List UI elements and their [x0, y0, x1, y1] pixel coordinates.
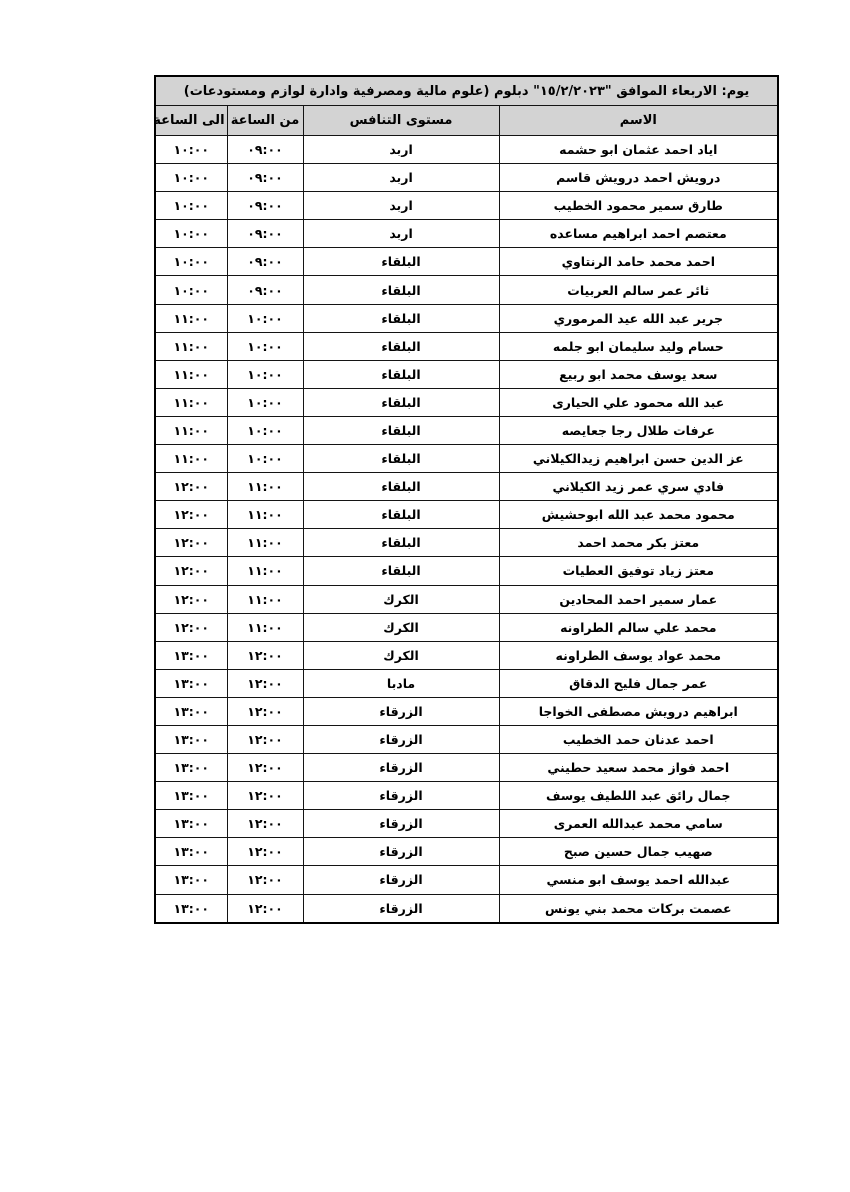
cell-to-hour: ١٣:٠٠ [155, 894, 227, 923]
cell-name: احمد عدنان حمد الخطيب [499, 725, 778, 753]
cell-to-hour: ١١:٠٠ [155, 388, 227, 416]
cell-from-hour: ١١:٠٠ [227, 501, 303, 529]
cell-from-hour: ١١:٠٠ [227, 473, 303, 501]
cell-name: احمد محمد حامد الرنتاوي [499, 248, 778, 276]
column-header-name: الاسم [499, 106, 778, 136]
table-row: طارق سمير محمود الخطيباربد٠٩:٠٠١٠:٠٠ [155, 192, 778, 220]
cell-name: احمد فواز محمد سعيد حطيني [499, 754, 778, 782]
cell-to-hour: ١٠:٠٠ [155, 248, 227, 276]
cell-from-hour: ١٢:٠٠ [227, 754, 303, 782]
cell-level: الزرقاء [303, 725, 499, 753]
cell-from-hour: ١٢:٠٠ [227, 810, 303, 838]
table-row: احمد محمد حامد الرنتاويالبلقاء٠٩:٠٠١٠:٠٠ [155, 248, 778, 276]
cell-level: البلقاء [303, 557, 499, 585]
cell-name: عبد الله محمود علي الحيارى [499, 388, 778, 416]
cell-level: اربد [303, 220, 499, 248]
cell-to-hour: ١٣:٠٠ [155, 754, 227, 782]
document-page: يوم: الاربعاء الموافق "١٥/٢/٢٠٢٣" دبلوم … [0, 0, 850, 1192]
table-body: اياد احمد عثمان ابو حشمهاربد٠٩:٠٠١٠:٠٠در… [155, 136, 778, 923]
cell-to-hour: ١٣:٠٠ [155, 810, 227, 838]
cell-level: الزرقاء [303, 894, 499, 923]
cell-to-hour: ١٠:٠٠ [155, 220, 227, 248]
cell-level: الزرقاء [303, 754, 499, 782]
cell-name: جرير عبد الله عيد المرموري [499, 304, 778, 332]
cell-level: الزرقاء [303, 838, 499, 866]
cell-from-hour: ١٠:٠٠ [227, 332, 303, 360]
table-row: درويش احمد درويش قاسماربد٠٩:٠٠١٠:٠٠ [155, 164, 778, 192]
exam-schedule-table: يوم: الاربعاء الموافق "١٥/٢/٢٠٢٣" دبلوم … [154, 75, 779, 924]
cell-name: حسام وليد سليمان ابو جلمه [499, 332, 778, 360]
table-row: عز الدين حسن ابراهيم زيدالكيلانيالبلقاء١… [155, 445, 778, 473]
cell-name: سعد يوسف محمد ابو ربيع [499, 360, 778, 388]
cell-from-hour: ١١:٠٠ [227, 613, 303, 641]
table-row: محمود محمد عبد الله ابوحشيشالبلقاء١١:٠٠١… [155, 501, 778, 529]
cell-level: الزرقاء [303, 810, 499, 838]
column-header-level: مستوى التنافس [303, 106, 499, 136]
cell-from-hour: ٠٩:٠٠ [227, 248, 303, 276]
cell-to-hour: ١٠:٠٠ [155, 192, 227, 220]
cell-name: معتصم احمد ابراهيم مساعده [499, 220, 778, 248]
cell-level: البلقاء [303, 501, 499, 529]
cell-from-hour: ١٠:٠٠ [227, 416, 303, 444]
table-row: عرفات طلال رجا جعايصهالبلقاء١٠:٠٠١١:٠٠ [155, 416, 778, 444]
table-row: عمر جمال فليح الدقاقمادبا١٢:٠٠١٣:٠٠ [155, 669, 778, 697]
cell-from-hour: ١٢:٠٠ [227, 669, 303, 697]
cell-name: طارق سمير محمود الخطيب [499, 192, 778, 220]
cell-to-hour: ١٢:٠٠ [155, 557, 227, 585]
cell-level: البلقاء [303, 445, 499, 473]
table-row: عصمت بركات محمد بني يونسالزرقاء١٢:٠٠١٣:٠… [155, 894, 778, 923]
cell-from-hour: ١٠:٠٠ [227, 388, 303, 416]
column-header-from-hour: من الساعة [227, 106, 303, 136]
cell-name: محمود محمد عبد الله ابوحشيش [499, 501, 778, 529]
cell-to-hour: ١٠:٠٠ [155, 164, 227, 192]
cell-from-hour: ٠٩:٠٠ [227, 276, 303, 304]
table-row: حسام وليد سليمان ابو جلمهالبلقاء١٠:٠٠١١:… [155, 332, 778, 360]
cell-level: البلقاء [303, 473, 499, 501]
table-row: معتصم احمد ابراهيم مساعدهاربد٠٩:٠٠١٠:٠٠ [155, 220, 778, 248]
cell-level: البلقاء [303, 388, 499, 416]
cell-to-hour: ١٣:٠٠ [155, 669, 227, 697]
cell-to-hour: ١٣:٠٠ [155, 782, 227, 810]
table-row: سعد يوسف محمد ابو ربيعالبلقاء١٠:٠٠١١:٠٠ [155, 360, 778, 388]
cell-from-hour: ١٢:٠٠ [227, 894, 303, 923]
table-row: احمد عدنان حمد الخطيبالزرقاء١٢:٠٠١٣:٠٠ [155, 725, 778, 753]
table-title: يوم: الاربعاء الموافق "١٥/٢/٢٠٢٣" دبلوم … [155, 76, 778, 106]
cell-level: الكرك [303, 585, 499, 613]
cell-name: محمد عواد يوسف الطراونه [499, 641, 778, 669]
cell-from-hour: ١٠:٠٠ [227, 445, 303, 473]
cell-name: عرفات طلال رجا جعايصه [499, 416, 778, 444]
cell-name: جمال رائق عبد اللطيف يوسف [499, 782, 778, 810]
cell-level: الزرقاء [303, 866, 499, 894]
table-row: جمال رائق عبد اللطيف يوسفالزرقاء١٢:٠٠١٣:… [155, 782, 778, 810]
cell-to-hour: ١٢:٠٠ [155, 613, 227, 641]
cell-from-hour: ١٢:٠٠ [227, 782, 303, 810]
cell-level: البلقاء [303, 304, 499, 332]
cell-from-hour: ٠٩:٠٠ [227, 220, 303, 248]
cell-level: الكرك [303, 641, 499, 669]
cell-name: معتز زياد توفيق العطيات [499, 557, 778, 585]
table-row: عمار سمير احمد المحادينالكرك١١:٠٠١٢:٠٠ [155, 585, 778, 613]
cell-level: البلقاء [303, 276, 499, 304]
column-header-row: الاسممستوى التنافسمن الساعةالى الساعة [155, 106, 778, 136]
cell-name: عز الدين حسن ابراهيم زيدالكيلاني [499, 445, 778, 473]
table-row: ابراهيم درويش مصطفى الخواجاالزرقاء١٢:٠٠١… [155, 697, 778, 725]
title-row: يوم: الاربعاء الموافق "١٥/٢/٢٠٢٣" دبلوم … [155, 76, 778, 106]
cell-from-hour: ١١:٠٠ [227, 557, 303, 585]
cell-level: الزرقاء [303, 697, 499, 725]
cell-name: عبدالله احمد يوسف ابو منسي [499, 866, 778, 894]
cell-level: البلقاء [303, 332, 499, 360]
cell-from-hour: ١٢:٠٠ [227, 838, 303, 866]
cell-level: البلقاء [303, 360, 499, 388]
cell-name: عصمت بركات محمد بني يونس [499, 894, 778, 923]
table-row: معتز بكر محمد احمدالبلقاء١١:٠٠١٢:٠٠ [155, 529, 778, 557]
cell-name: درويش احمد درويش قاسم [499, 164, 778, 192]
cell-name: معتز بكر محمد احمد [499, 529, 778, 557]
table-row: محمد عواد يوسف الطراونهالكرك١٢:٠٠١٣:٠٠ [155, 641, 778, 669]
cell-to-hour: ١٢:٠٠ [155, 473, 227, 501]
cell-level: البلقاء [303, 248, 499, 276]
cell-to-hour: ١٣:٠٠ [155, 725, 227, 753]
table-row: سامي محمد عبدالله العمرىالزرقاء١٢:٠٠١٣:٠… [155, 810, 778, 838]
cell-name: ثائر عمر سالم العربيات [499, 276, 778, 304]
cell-level: اربد [303, 136, 499, 164]
table-row: صهيب جمال حسين صبحالزرقاء١٢:٠٠١٣:٠٠ [155, 838, 778, 866]
cell-from-hour: ١٢:٠٠ [227, 725, 303, 753]
cell-from-hour: ١٢:٠٠ [227, 866, 303, 894]
cell-level: الزرقاء [303, 782, 499, 810]
table-row: عبدالله احمد يوسف ابو منسيالزرقاء١٢:٠٠١٣… [155, 866, 778, 894]
cell-from-hour: ١٢:٠٠ [227, 641, 303, 669]
cell-to-hour: ١٣:٠٠ [155, 697, 227, 725]
cell-level: البلقاء [303, 529, 499, 557]
cell-from-hour: ٠٩:٠٠ [227, 192, 303, 220]
cell-to-hour: ١٠:٠٠ [155, 136, 227, 164]
cell-from-hour: ١١:٠٠ [227, 585, 303, 613]
cell-level: اربد [303, 164, 499, 192]
cell-to-hour: ١١:٠٠ [155, 332, 227, 360]
cell-to-hour: ١٢:٠٠ [155, 501, 227, 529]
cell-name: عمر جمال فليح الدقاق [499, 669, 778, 697]
cell-to-hour: ١١:٠٠ [155, 360, 227, 388]
cell-name: اياد احمد عثمان ابو حشمه [499, 136, 778, 164]
cell-to-hour: ١٢:٠٠ [155, 585, 227, 613]
cell-from-hour: ١٠:٠٠ [227, 304, 303, 332]
cell-from-hour: ٠٩:٠٠ [227, 164, 303, 192]
cell-name: صهيب جمال حسين صبح [499, 838, 778, 866]
table-row: جرير عبد الله عيد المرموريالبلقاء١٠:٠٠١١… [155, 304, 778, 332]
cell-from-hour: ١٢:٠٠ [227, 697, 303, 725]
table-row: اياد احمد عثمان ابو حشمهاربد٠٩:٠٠١٠:٠٠ [155, 136, 778, 164]
cell-level: البلقاء [303, 416, 499, 444]
cell-to-hour: ١٣:٠٠ [155, 641, 227, 669]
cell-name: محمد علي سالم الطراونه [499, 613, 778, 641]
cell-to-hour: ١٢:٠٠ [155, 529, 227, 557]
table-row: عبد الله محمود علي الحيارىالبلقاء١٠:٠٠١١… [155, 388, 778, 416]
cell-name: عمار سمير احمد المحادين [499, 585, 778, 613]
cell-name: ابراهيم درويش مصطفى الخواجا [499, 697, 778, 725]
cell-to-hour: ١٠:٠٠ [155, 276, 227, 304]
table-row: احمد فواز محمد سعيد حطينيالزرقاء١٢:٠٠١٣:… [155, 754, 778, 782]
table-row: فادي سري عمر زيد الكيلانيالبلقاء١١:٠٠١٢:… [155, 473, 778, 501]
table-row: ثائر عمر سالم العربياتالبلقاء٠٩:٠٠١٠:٠٠ [155, 276, 778, 304]
table-row: معتز زياد توفيق العطياتالبلقاء١١:٠٠١٢:٠٠ [155, 557, 778, 585]
cell-to-hour: ١١:٠٠ [155, 416, 227, 444]
cell-level: الكرك [303, 613, 499, 641]
cell-level: اربد [303, 192, 499, 220]
cell-name: فادي سري عمر زيد الكيلاني [499, 473, 778, 501]
cell-from-hour: ١٠:٠٠ [227, 360, 303, 388]
cell-from-hour: ١١:٠٠ [227, 529, 303, 557]
column-header-to-hour: الى الساعة [155, 106, 227, 136]
cell-name: سامي محمد عبدالله العمرى [499, 810, 778, 838]
cell-to-hour: ١٣:٠٠ [155, 838, 227, 866]
cell-from-hour: ٠٩:٠٠ [227, 136, 303, 164]
cell-to-hour: ١١:٠٠ [155, 445, 227, 473]
cell-to-hour: ١١:٠٠ [155, 304, 227, 332]
cell-to-hour: ١٣:٠٠ [155, 866, 227, 894]
cell-level: مادبا [303, 669, 499, 697]
table-row: محمد علي سالم الطراونهالكرك١١:٠٠١٢:٠٠ [155, 613, 778, 641]
